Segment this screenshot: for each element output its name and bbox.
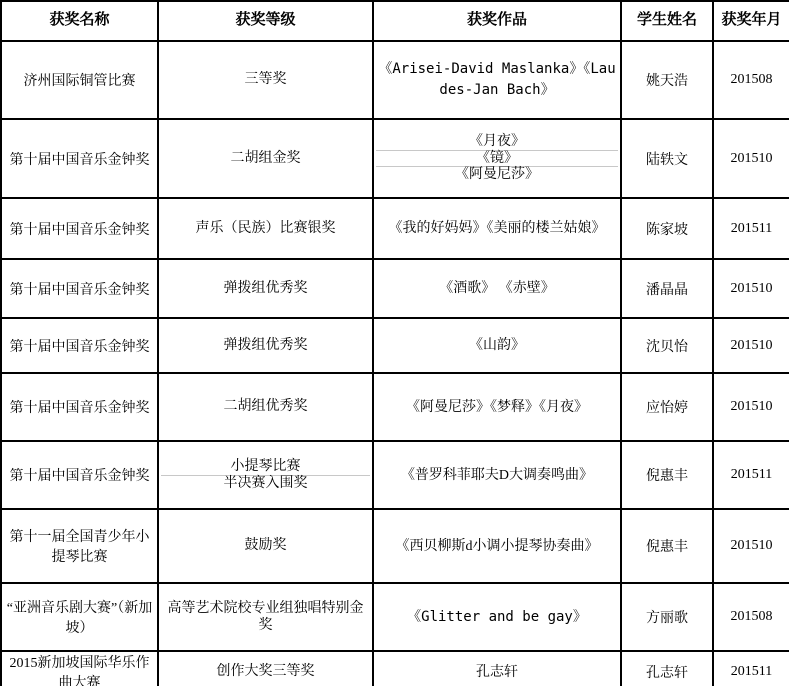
table-row: 第十届中国音乐金钟奖小提琴比赛半决赛入围奖《普罗科菲耶夫D大调奏鸣曲》倪惠丰20… [1, 441, 789, 509]
award-date-cell: 201510 [713, 509, 789, 583]
award-level-cell: 声乐（民族）比赛银奖 [158, 198, 373, 259]
award-level-cell: 弹拨组优秀奖 [158, 318, 373, 373]
award-date-cell: 201511 [713, 441, 789, 509]
level-subitem: 小提琴比赛 [161, 459, 370, 475]
award-name-cell: 第十届中国音乐金钟奖 [1, 198, 158, 259]
award-level-cell: 二胡组优秀奖 [158, 373, 373, 441]
award-name-cell: 第十届中国音乐金钟奖 [1, 318, 158, 373]
table-row: 第十届中国音乐金钟奖弹拨组优秀奖《山韵》沈贝怡201510 [1, 318, 789, 373]
award-work-cell: 孔志轩 [373, 651, 621, 686]
award-date-cell: 201510 [713, 119, 789, 198]
awards-table: 获奖名称获奖等级获奖作品学生姓名获奖年月 济州国际铜管比赛三等奖《Arisei-… [0, 0, 789, 686]
award-date-cell: 201511 [713, 198, 789, 259]
award-work-cell: 《Arisei-David Maslanka》《Laudes-Jan Bach》 [373, 41, 621, 119]
award-name-cell: “亚洲音乐剧大赛”（新加坡） [1, 583, 158, 651]
award-work-cell: 《阿曼尼莎》《梦释》《月夜》 [373, 373, 621, 441]
student-name-cell: 潘晶晶 [621, 259, 713, 318]
student-name-cell: 陆轶文 [621, 119, 713, 198]
table-row: 第十届中国音乐金钟奖二胡组优秀奖《阿曼尼莎》《梦释》《月夜》应怡婷201510 [1, 373, 789, 441]
award-level-cell: 二胡组金奖 [158, 119, 373, 198]
header-cell: 获奖年月 [713, 1, 789, 41]
student-name-cell: 孔志轩 [621, 651, 713, 686]
table-row: 济州国际铜管比赛三等奖《Arisei-David Maslanka》《Laude… [1, 41, 789, 119]
table-row: 第十届中国音乐金钟奖二胡组金奖《月夜》《镜》《阿曼尼莎》陆轶文201510 [1, 119, 789, 198]
student-name-cell: 倪惠丰 [621, 509, 713, 583]
award-work-cell: 《月夜》《镜》《阿曼尼莎》 [373, 119, 621, 198]
award-work-cell: 《山韵》 [373, 318, 621, 373]
student-name-cell: 应怡婷 [621, 373, 713, 441]
award-work-cell: 《西贝柳斯d小调小提琴协奏曲》 [373, 509, 621, 583]
award-name-cell: 第十届中国音乐金钟奖 [1, 373, 158, 441]
header-cell: 学生姓名 [621, 1, 713, 41]
student-name-cell: 方丽歌 [621, 583, 713, 651]
awards-table-body: 济州国际铜管比赛三等奖《Arisei-David Maslanka》《Laude… [1, 41, 789, 686]
award-level-cell: 鼓励奖 [158, 509, 373, 583]
student-name-cell: 姚天浩 [621, 41, 713, 119]
award-level-cell: 创作大奖三等奖 [158, 651, 373, 686]
table-row: “亚洲音乐剧大赛”（新加坡）高等艺术院校专业组独唱特别金奖《Glitter an… [1, 583, 789, 651]
award-level-cell: 小提琴比赛半决赛入围奖 [158, 441, 373, 509]
award-level-cell: 高等艺术院校专业组独唱特别金奖 [158, 583, 373, 651]
award-work-cell: 《酒歌》 《赤壁》 [373, 259, 621, 318]
award-date-cell: 201508 [713, 41, 789, 119]
award-name-cell: 第十届中国音乐金钟奖 [1, 259, 158, 318]
header-row: 获奖名称获奖等级获奖作品学生姓名获奖年月 [1, 1, 789, 41]
work-subitem: 《阿曼尼莎》 [376, 167, 618, 182]
award-date-cell: 201510 [713, 259, 789, 318]
award-level-cell: 弹拨组优秀奖 [158, 259, 373, 318]
student-name-cell: 陈家坡 [621, 198, 713, 259]
award-name-cell: 第十届中国音乐金钟奖 [1, 119, 158, 198]
table-row: 第十一届全国青少年小提琴比赛鼓励奖《西贝柳斯d小调小提琴协奏曲》倪惠丰20151… [1, 509, 789, 583]
award-name-cell: 济州国际铜管比赛 [1, 41, 158, 119]
award-date-cell: 201510 [713, 318, 789, 373]
table-row: 第十届中国音乐金钟奖弹拨组优秀奖《酒歌》 《赤壁》潘晶晶201510 [1, 259, 789, 318]
work-subitem: 《月夜》 [376, 134, 618, 150]
award-date-cell: 201511 [713, 651, 789, 686]
table-row: 2015新加坡国际华乐作曲大赛创作大奖三等奖孔志轩孔志轩201511 [1, 651, 789, 686]
level-subitem: 半决赛入围奖 [161, 476, 370, 491]
award-work-cell: 《我的好妈妈》《美丽的楼兰姑娘》 [373, 198, 621, 259]
work-subitem: 《镜》 [376, 151, 618, 167]
student-name-cell: 倪惠丰 [621, 441, 713, 509]
header-cell: 获奖名称 [1, 1, 158, 41]
award-level-cell: 三等奖 [158, 41, 373, 119]
table-row: 第十届中国音乐金钟奖声乐（民族）比赛银奖《我的好妈妈》《美丽的楼兰姑娘》陈家坡2… [1, 198, 789, 259]
award-name-cell: 第十届中国音乐金钟奖 [1, 441, 158, 509]
header-cell: 获奖等级 [158, 1, 373, 41]
award-name-cell: 第十一届全国青少年小提琴比赛 [1, 509, 158, 583]
award-date-cell: 201508 [713, 583, 789, 651]
award-work-cell: 《Glitter and be gay》 [373, 583, 621, 651]
awards-table-page: 获奖名称获奖等级获奖作品学生姓名获奖年月 济州国际铜管比赛三等奖《Arisei-… [0, 0, 789, 686]
award-work-cell: 《普罗科菲耶夫D大调奏鸣曲》 [373, 441, 621, 509]
award-date-cell: 201510 [713, 373, 789, 441]
header-cell: 获奖作品 [373, 1, 621, 41]
award-name-cell: 2015新加坡国际华乐作曲大赛 [1, 651, 158, 686]
student-name-cell: 沈贝怡 [621, 318, 713, 373]
